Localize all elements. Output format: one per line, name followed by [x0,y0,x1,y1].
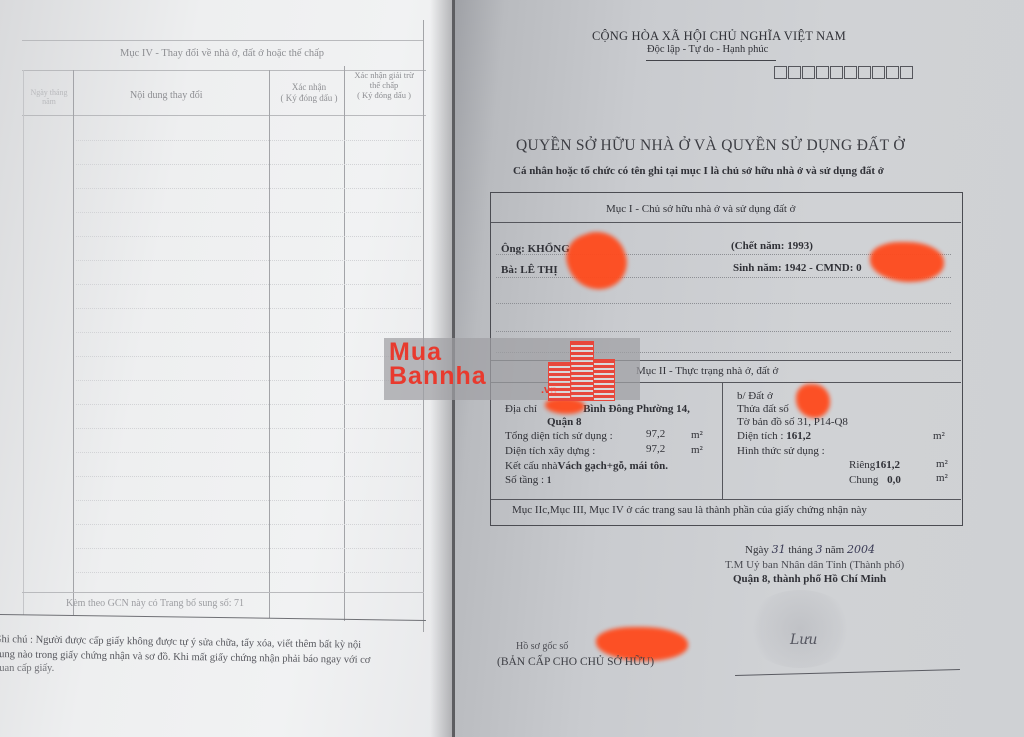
serial-box [788,66,801,79]
redaction-parcel-number [796,384,830,418]
parcel-label: Thửa đất số [737,403,789,415]
floors-label: Số tầng : [505,474,544,486]
total-area-unit: m² [691,429,703,441]
table-row [76,428,421,429]
serial-box [774,66,787,79]
private-area-unit: m² [936,458,948,470]
shared-value: 0,0 [887,474,901,486]
land-area-value: 161,2 [786,430,811,442]
table-row [76,500,421,501]
note-line-3: quan cấp giấy. [0,663,54,674]
day-label: Ngày [745,544,769,556]
section-iv-title: Mục IV - Thay đổi về nhà ở, đất ở hoặc t… [120,48,324,59]
owner-dotted-line-2 [496,277,951,278]
intro-text: Cá nhân hoặc tổ chức có tên ghi tại mục … [513,165,884,177]
usage-label: Hình thức sử dụng : [737,445,825,457]
private-area-row: Riêng161,2 [849,459,900,471]
watermark-line-2: Bannha [389,364,487,388]
serial-box [886,66,899,79]
authority-line-1: T.M Uỷ ban Nhân dân Tỉnh (Thành phố) [725,559,904,571]
col-border-4 [423,20,424,632]
col-border-0 [23,70,24,615]
table-row [76,140,421,141]
components-note: Mục IIc,Mục III, Mục IV ở các trang sau … [512,504,867,516]
address-district: Quận 8 [547,416,582,428]
serial-box [816,66,829,79]
land-area-row: Diện tích : 161,2 [737,430,811,442]
owner2-birth-id: Sinh năm: 1942 - CMND: 0 [733,262,862,274]
table-row [76,452,421,453]
map-sheet: Tờ bản đồ số 31, P14-Q8 [737,416,848,428]
official-stamp [745,590,855,668]
table-row [76,308,421,309]
table-row [76,524,421,525]
address-label: Địa chỉ [505,403,537,415]
signature: Lưu [790,632,817,648]
col-date-header-line1: Ngày tháng [30,88,67,97]
national-motto: Độc lập - Tự do - Hạnh phúc [647,44,768,55]
month-value: 3 [816,543,823,556]
col-border-1 [73,70,74,615]
day-value: 31 [772,543,786,556]
table-row [76,212,421,213]
col-border-2 [269,70,270,618]
total-area-value: 97,2 [646,428,665,440]
header-bottom-line [22,115,426,116]
watermark-building-icon-center [570,341,594,401]
note-line-1: Ghi chú : Người được cấp giấy không được… [0,634,361,651]
build-area-unit: m² [691,444,703,456]
section2-divider [722,382,723,499]
note-line-2: dung nào trong giấy chứng nhận và sơ đồ.… [0,649,370,666]
motto-underline [646,60,776,61]
total-area-label: Tổng diện tích sử dụng : [505,430,613,442]
shared-area-row: Chung 0,0 [849,474,901,486]
section1-header-line [491,222,961,223]
col-border-3 [344,66,345,621]
month-label: tháng [788,544,812,556]
issue-date: Ngày 31 tháng 3 năm 2004 [745,543,875,556]
footer-row-top [22,592,424,593]
build-area-value: 97,2 [646,443,665,455]
col-release-line2: thế chấp [370,80,399,90]
serial-number-boxes [774,66,914,84]
col-content-header: Nội dung thay đổi [130,90,203,101]
build-area-label: Diện tích xây dựng : [505,445,595,457]
address-row: Địa chỉBình Đông Phường 14, [505,403,690,415]
table-row [76,236,421,237]
table-row [76,572,421,573]
floors-value: 1 [547,475,552,485]
land-area-unit: m² [933,430,945,442]
col-confirm-header: Xác nhận ( Ký đóng dấu ) [277,82,341,104]
col-confirm-line1: Xác nhận [292,82,326,92]
table-row [76,164,421,165]
shared-label: Chung [849,474,878,486]
table-row [76,548,421,549]
supplement-pages-note: Kèm theo GCN này có Trang bổ sung số: 71 [66,598,244,609]
record-number-label: Hồ sơ gốc số [516,641,568,652]
serial-box [802,66,815,79]
serial-box [830,66,843,79]
watermark-logo-text: Mua Bannha [389,340,487,388]
table-row [76,476,421,477]
serial-box [900,66,913,79]
owner2-name: Bà: LÊ THỊ [501,264,558,276]
col-release-header: Xác nhận giải trừ thế chấp ( Ký đóng dấu… [346,70,422,100]
structure-value: Vách gạch+gỗ, mái tôn. [558,460,668,472]
land-heading: b/ Đất ở [737,390,773,402]
owner1-death-year: (Chết năm: 1993) [731,240,813,252]
year-value: 2004 [847,543,875,556]
shared-area-unit: m² [936,472,948,484]
owner-dotted-line-3 [496,303,951,304]
table-row [76,260,421,261]
national-title: CỘNG HÒA XÃ HỘI CHỦ NGHĨA VIỆT NAM [592,29,846,44]
owner-copy-note: (BẢN CẤP CHO CHỦ SỞ HỮU) [497,656,654,668]
watermark-building-icon-left [548,362,572,401]
authority-line-2: Quận 8, thành phố Hồ Chí Minh [733,573,886,585]
table-top-border [22,40,424,41]
section1-title: Mục I - Chủ sở hữu nhà ở và sử dụng đất … [606,203,795,215]
land-area-label: Diện tích : [737,430,783,442]
col-date-header: Ngày tháng năm [28,88,70,106]
table-bottom-border [0,614,426,621]
year-label: năm [825,544,844,556]
structure-row: Kết cấu nhàVách gạch+gỗ, mái tôn. [505,460,668,472]
floors-row: Số tầng : 1 [505,474,551,486]
table-row [76,356,421,357]
private-value: 161,2 [875,459,900,471]
structure-label: Kết cấu nhà [505,460,558,472]
col-release-line1: Xác nhận giải trừ [354,70,413,80]
watermark-building-icon-right [593,359,615,401]
table-row [76,188,421,189]
owner-dotted-line-4 [496,331,951,332]
table-row [76,332,421,333]
serial-box [872,66,885,79]
col-release-line3: ( Ký đóng dấu ) [357,90,411,100]
table-row [76,284,421,285]
address-value: Bình Đông Phường 14, [583,403,690,415]
watermark-line-1: Mua [389,340,487,364]
private-label: Riêng [849,459,875,471]
table-row [76,380,421,381]
serial-box [844,66,857,79]
table-row [76,404,421,405]
section2-title: Mục II - Thực trạng nhà ở, đất ở [636,365,778,377]
section2-bottom-line [491,499,961,500]
document-title: QUYỀN SỞ HỮU NHÀ Ở VÀ QUYỀN SỬ DỤNG ĐẤT … [516,137,905,155]
serial-box [858,66,871,79]
col-date-header-line2: năm [42,97,56,106]
col-confirm-line2: ( Ký đóng dấu ) [281,93,338,103]
